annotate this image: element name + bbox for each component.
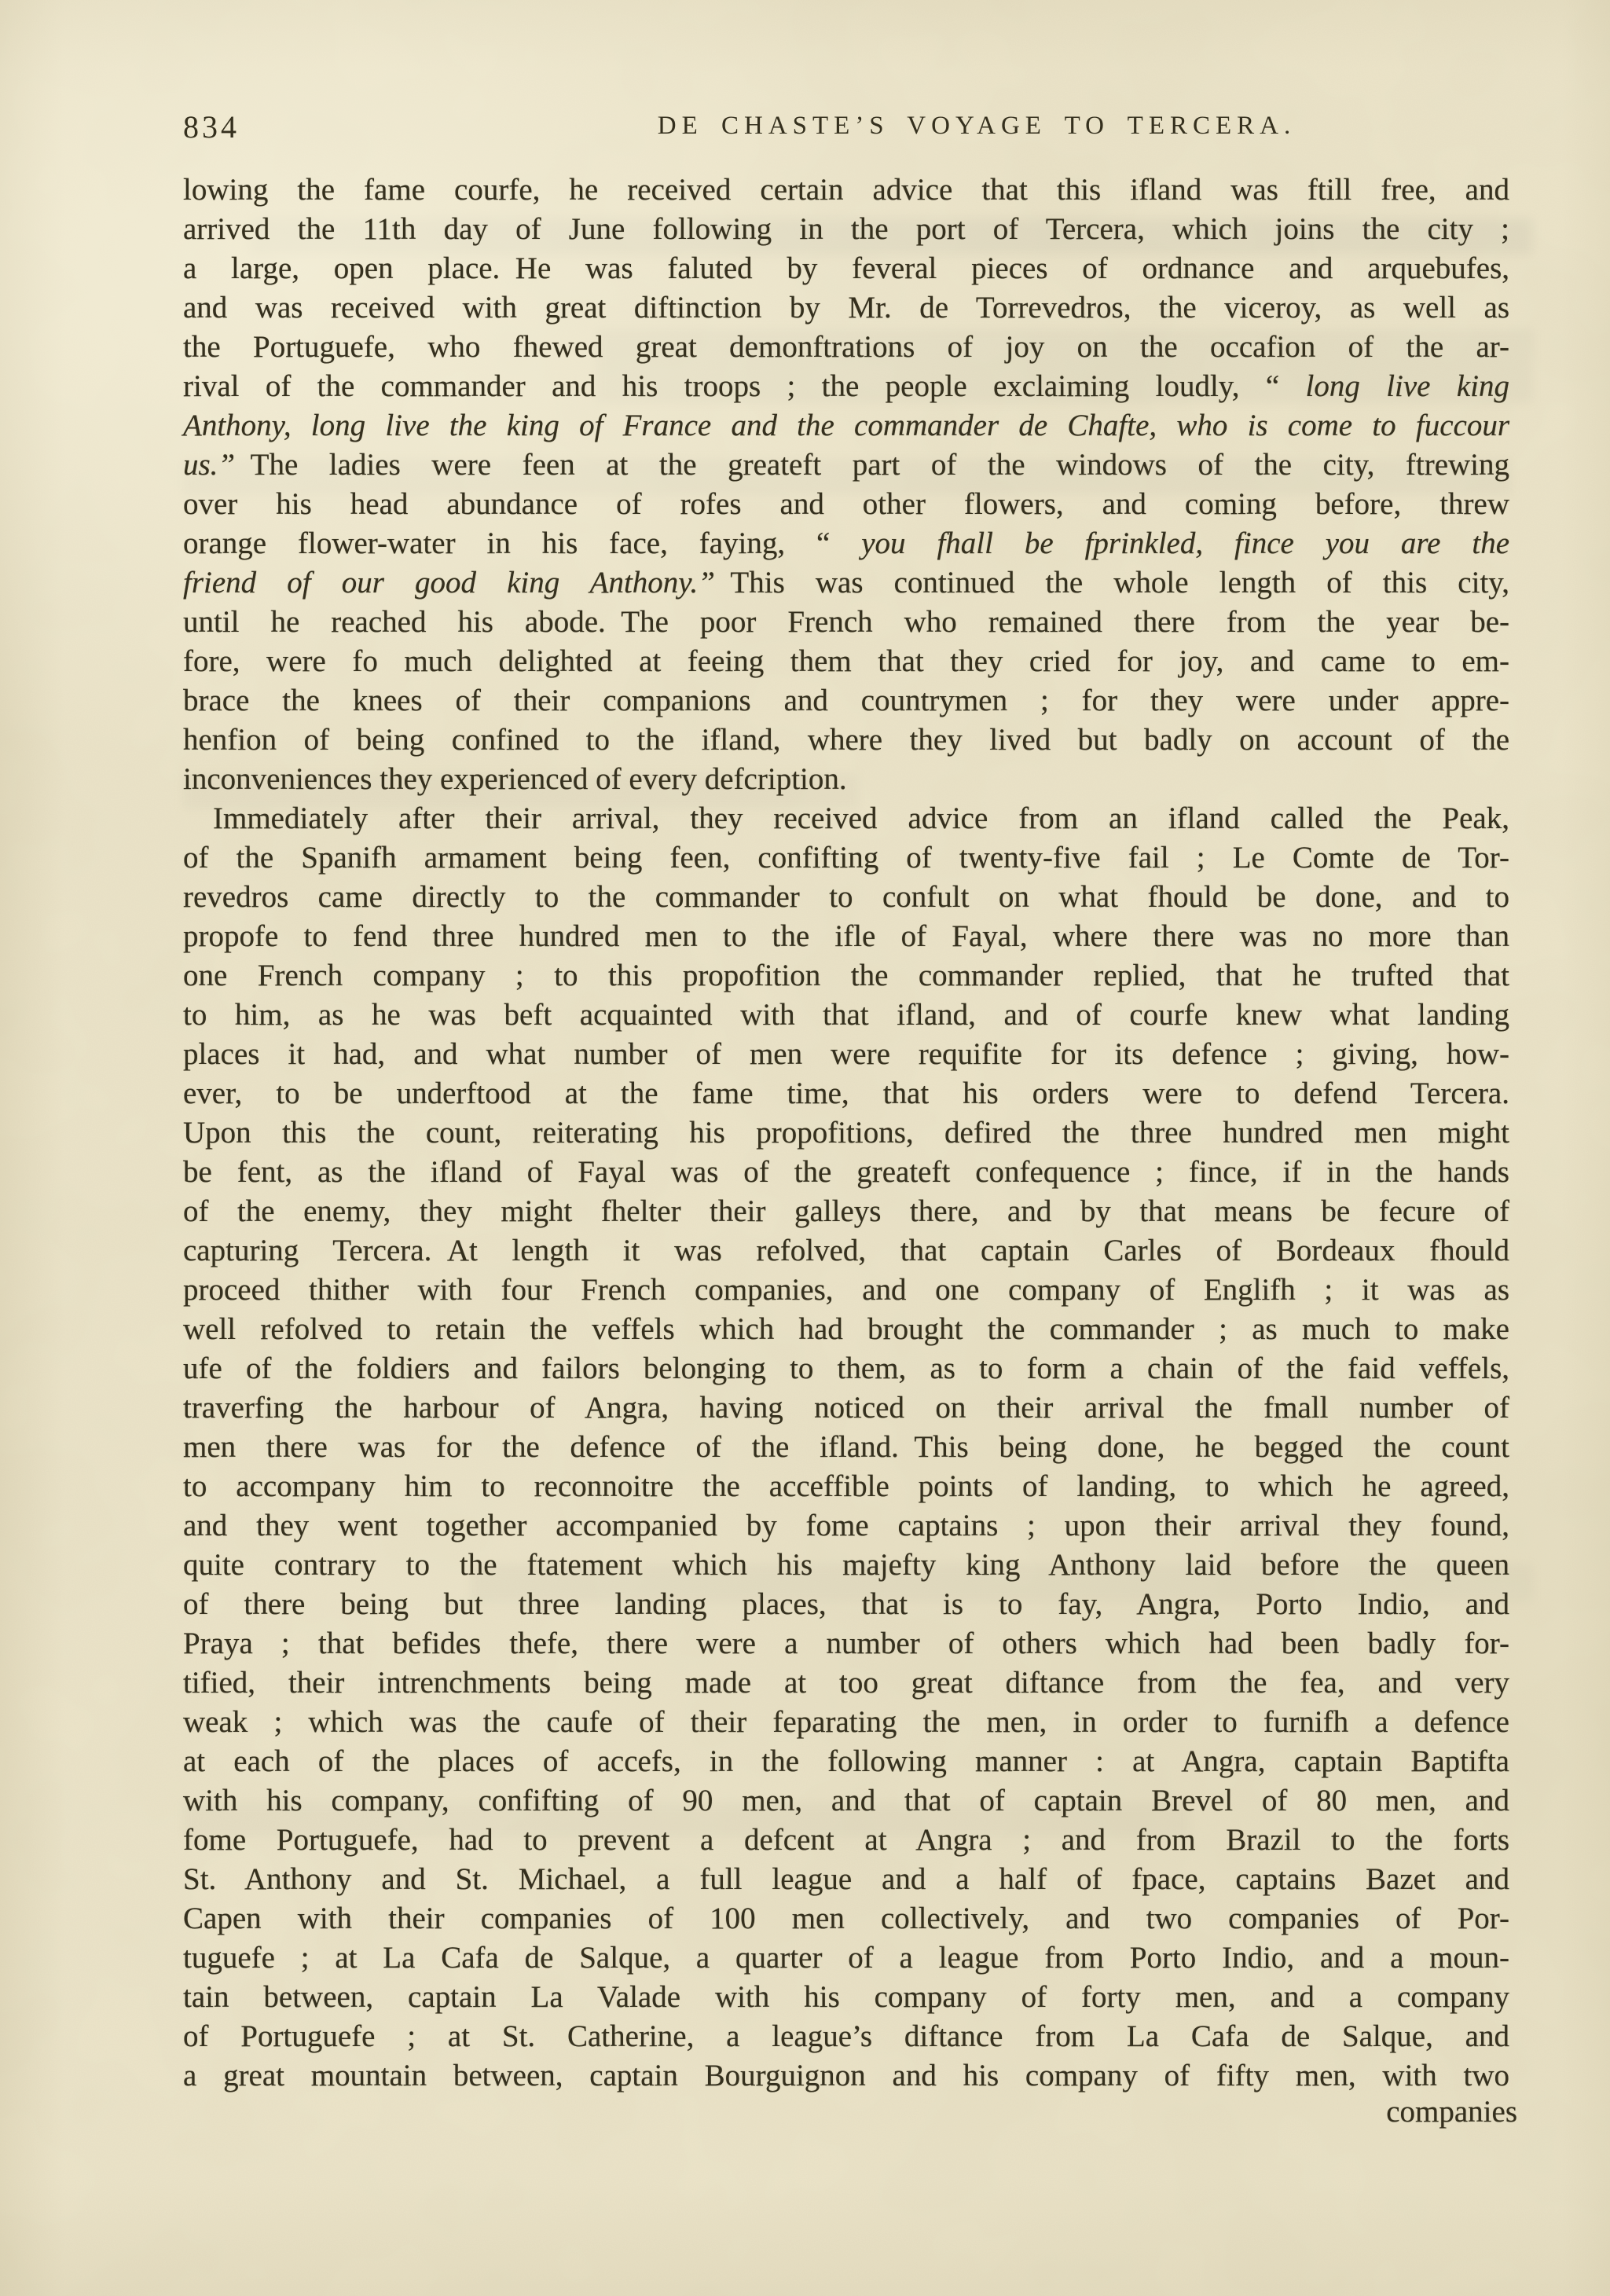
text-segment: capturing Tercera. At length it was refo… xyxy=(183,1234,1509,1267)
text-line: propofe to fend three hundred men to the… xyxy=(183,917,1509,956)
text-line: weak ; which was the caufe of their fepa… xyxy=(183,1703,1509,1742)
text-line: Immediately after their arrival, they re… xyxy=(183,799,1509,838)
text-line: to him, as he was beft acquainted with t… xyxy=(183,996,1509,1035)
text-line: revedros came directly to the commander … xyxy=(183,878,1509,917)
text-segment: inconveniences they experienced of every… xyxy=(183,762,847,796)
text-segment: Capen with their companies of 100 men co… xyxy=(183,1902,1509,1935)
text-line: proceed thither with four French compani… xyxy=(183,1271,1509,1310)
text-segment: of there being but three landing places,… xyxy=(183,1587,1509,1621)
text-line: tified, their intrenchments being made a… xyxy=(183,1663,1509,1703)
text-segment: places it had, and what number of men we… xyxy=(183,1037,1509,1071)
text-segment: ever, to be underftood at the fame time,… xyxy=(183,1076,1509,1110)
text-line: of the enemy, they might fhelter their g… xyxy=(183,1192,1509,1231)
text-line: and they went together accompanied by fo… xyxy=(183,1506,1509,1546)
text-segment: St. Anthony and St. Michael, a full leag… xyxy=(183,1862,1509,1896)
text-segment: quite contrary to the ftatement which hi… xyxy=(183,1548,1509,1582)
text-segment: lowing the fame courfe, he received cert… xyxy=(183,173,1509,207)
italic-text-segment: you fhall be fprinkled, fince you are th… xyxy=(861,526,1509,560)
text-segment: revedros came directly to the commander … xyxy=(183,880,1509,914)
text-line: Anthony, long live the king of France an… xyxy=(183,406,1509,446)
italic-text-segment: friend of our good king Anthony.” xyxy=(183,566,715,600)
text-line: brace the knees of their companions and … xyxy=(183,681,1509,721)
text-line: of Portuguefe ; at St. Catherine, a leag… xyxy=(183,2017,1509,2056)
text-segment: arrived the 11th day of June following i… xyxy=(183,212,1509,246)
text-segment: propofe to fend three hundred men to the… xyxy=(183,919,1509,953)
text-line: the Portuguefe, who fhewed great demonft… xyxy=(183,328,1509,367)
text-segment: and they went together accompanied by fo… xyxy=(183,1509,1509,1542)
text-line: places it had, and what number of men we… xyxy=(183,1035,1509,1074)
text-segment: proceed thither with four French compani… xyxy=(183,1273,1509,1307)
text-line: inconveniences they experienced of every… xyxy=(183,760,1509,799)
text-segment: well refolved to retain the veffels whic… xyxy=(183,1312,1509,1346)
text-segment: weak ; which was the caufe of their fepa… xyxy=(183,1705,1509,1739)
text-line: with his company, confifting of 90 men, … xyxy=(183,1781,1509,1821)
text-segment: to accompany him to reconnoitre the acce… xyxy=(183,1469,1509,1503)
text-line: to accompany him to reconnoitre the acce… xyxy=(183,1467,1509,1506)
text-line: Praya ; that befides thefe, there were a… xyxy=(183,1624,1509,1663)
page-header: 834 DE CHASTE’S VOYAGE TO TERCERA. xyxy=(183,108,1509,149)
text-segment: tified, their intrenchments being made a… xyxy=(183,1666,1509,1700)
text-segment: a large, open place. He was faluted by f… xyxy=(183,251,1509,285)
text-line: henfion of being confined to the ifland,… xyxy=(183,721,1509,760)
text-segment: Praya ; that befides thefe, there were a… xyxy=(183,1627,1509,1660)
text-segment: and was received with great diftinction … xyxy=(183,291,1509,325)
text-line: quite contrary to the ftatement which hi… xyxy=(183,1546,1509,1585)
text-line: Capen with their companies of 100 men co… xyxy=(183,1899,1509,1938)
italic-text-segment: Anthony, long live the king of France an… xyxy=(183,409,1509,442)
text-line: orange flower-water in his face, faying,… xyxy=(183,524,1509,563)
text-line: over his head abundance of rofes and oth… xyxy=(183,485,1509,524)
text-segment: until he reached his abode. The poor Fre… xyxy=(183,605,1509,639)
text-segment: one French company ; to this propofition… xyxy=(183,959,1509,992)
text-segment: orange flower-water in his face, faying,… xyxy=(183,526,861,560)
text-segment: The ladies were feen at the greateft par… xyxy=(235,448,1509,482)
text-segment: over his head abundance of rofes and oth… xyxy=(183,487,1509,521)
book-page: 834 DE CHASTE’S VOYAGE TO TERCERA. lowin… xyxy=(0,0,1610,2296)
text-line: St. Anthony and St. Michael, a full leag… xyxy=(183,1860,1509,1899)
text-line: be fent, as the ifland of Fayal was of t… xyxy=(183,1153,1509,1192)
text-segment: ufe of the foldiers and failors belongin… xyxy=(183,1352,1509,1385)
text-line: well refolved to retain the veffels whic… xyxy=(183,1310,1509,1349)
text-segment: rival of the commander and his troops ; … xyxy=(183,369,1306,403)
text-segment: Immediately after their arrival, they re… xyxy=(213,801,1509,835)
text-segment: of Portuguefe ; at St. Catherine, a leag… xyxy=(183,2019,1509,2053)
text-line: until he reached his abode. The poor Fre… xyxy=(183,603,1509,642)
text-line: fore, were fo much delighted at feeing t… xyxy=(183,642,1509,681)
text-line: ever, to be underftood at the fame time,… xyxy=(183,1074,1509,1113)
text-segment: traverfing the harbour of Angra, having … xyxy=(183,1391,1509,1425)
text-line: a great mountain between, captain Bourgu… xyxy=(183,2056,1509,2096)
text-segment: of the enemy, they might fhelter their g… xyxy=(183,1194,1509,1228)
text-line: tuguefe ; at La Cafa de Salque, a quarte… xyxy=(183,1938,1509,1978)
text-segment: tain between, captain La Valade with his… xyxy=(183,1980,1509,2014)
text-line: arrived the 11th day of June following i… xyxy=(183,210,1509,249)
text-segment: tuguefe ; at La Cafa de Salque, a quarte… xyxy=(183,1941,1509,1975)
text-line: and was received with great diftinction … xyxy=(183,288,1509,328)
text-line: a large, open place. He was faluted by f… xyxy=(183,249,1509,288)
text-segment: the Portuguefe, who fhewed great demonft… xyxy=(183,330,1509,364)
text-segment: a great mountain between, captain Bourgu… xyxy=(183,2059,1509,2092)
italic-text-segment: us.” xyxy=(183,448,235,482)
text-line: fome Portuguefe, had to prevent a defcen… xyxy=(183,1821,1509,1860)
text-line: us.” The ladies were feen at the greatef… xyxy=(183,446,1509,485)
text-line: at each of the places of accefs, in the … xyxy=(183,1742,1509,1781)
text-segment: at each of the places of accefs, in the … xyxy=(183,1744,1509,1778)
text-segment: with his company, confifting of 90 men, … xyxy=(183,1784,1509,1817)
text-segment: henfion of being confined to the ifland,… xyxy=(183,723,1509,757)
text-line: friend of our good king Anthony.” This w… xyxy=(183,563,1509,603)
page-number: 834 xyxy=(183,108,240,145)
italic-text-segment: long live king xyxy=(1306,369,1509,403)
text-segment: brace the knees of their companions and … xyxy=(183,684,1509,717)
text-line: rival of the commander and his troops ; … xyxy=(183,367,1509,406)
text-line: Upon this the count, reiterating his pro… xyxy=(183,1113,1509,1153)
body-text: lowing the fame courfe, he received cert… xyxy=(183,171,1509,2096)
text-segment: be fent, as the ifland of Fayal was of t… xyxy=(183,1155,1509,1189)
text-segment: fome Portuguefe, had to prevent a defcen… xyxy=(183,1823,1509,1857)
text-line: men there was for the defence of the ifl… xyxy=(183,1428,1509,1467)
text-line: capturing Tercera. At length it was refo… xyxy=(183,1231,1509,1271)
catchword: companies xyxy=(1386,2092,1517,2132)
text-line: one French company ; to this propofition… xyxy=(183,956,1509,996)
text-segment: men there was for the defence of the ifl… xyxy=(183,1430,1509,1464)
text-line: tain between, captain La Valade with his… xyxy=(183,1978,1509,2017)
text-segment: fore, were fo much delighted at feeing t… xyxy=(183,644,1509,678)
text-line: traverfing the harbour of Angra, having … xyxy=(183,1388,1509,1428)
text-segment: to him, as he was beft acquainted with t… xyxy=(183,998,1509,1032)
text-line: of the Spanifh armament being feen, conf… xyxy=(183,838,1509,878)
text-line: of there being but three landing places,… xyxy=(183,1585,1509,1624)
text-segment: of the Spanifh armament being feen, conf… xyxy=(183,841,1509,875)
text-segment: This was continued the whole length of t… xyxy=(715,566,1509,600)
text-line: lowing the fame courfe, he received cert… xyxy=(183,171,1509,210)
running-title: DE CHASTE’S VOYAGE TO TERCERA. xyxy=(513,112,1440,141)
text-segment: Upon this the count, reiterating his pro… xyxy=(183,1116,1509,1150)
text-line: ufe of the foldiers and failors belongin… xyxy=(183,1349,1509,1388)
